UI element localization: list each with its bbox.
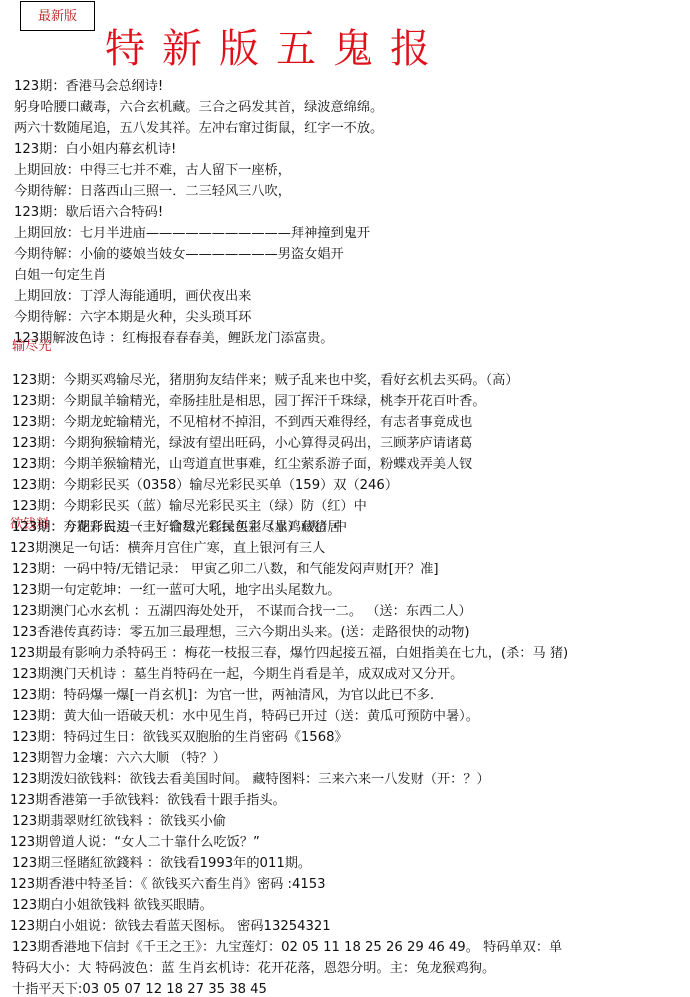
text-line: 123期澳门心水玄机 ：五湖四海处处开， 不谋而合找一二。 （送：东西二人）: [12, 603, 472, 621]
text-line: 123期：今期彩民买（蓝）输尽光彩民买主（绿）防（红）中: [12, 498, 367, 516]
text-line: 123期：黄大仙一语破天机：水中见生肖，特码已开过（送：黄瓜可预防中暑）。: [12, 708, 479, 726]
text-line: 123期最有影响力杀特码王 ：梅花一枝报三春，爆竹四起接五福，白姐指美在七九，(…: [10, 645, 568, 663]
text-line: 123期香港地下信封《千王之王》：九宝莲灯：02 05 11 18 25 26 …: [12, 939, 562, 957]
text-line: 123期：一码中特/无错记录： 甲寅乙卯二八数，和气能发闷声财[开？准]: [12, 561, 439, 579]
text-line: 123期白小姐欲钱料 欲钱买眼睛。: [12, 897, 213, 915]
text-line: 123期香港中特圣旨：《 欲钱买六畜生肖》密码 :4153: [10, 876, 326, 894]
text-line: 上期回放：中得三七并不难，古人留下一座桥，: [14, 162, 291, 180]
heading-shujin: 输尽光: [12, 338, 52, 356]
text-line: 123期解波色诗 ：红梅报春春春美，鲤跃龙门添富贵。: [14, 330, 334, 348]
page-title: 特新版五鬼报: [105, 25, 447, 73]
text-line: 123期：香港马会总纲诗!: [14, 78, 163, 96]
text-line: 123期曾道人说：“女人二十靠什么吃饭？”: [10, 834, 260, 852]
text-line: 躬身哈腰口藏毒，六合玄机藏。三合之码发其首，绿波意绵绵。: [14, 99, 383, 117]
text-line: 123香港传真药诗：零五加三最理想，三六今期出头来。(送：走路很快的动物): [12, 624, 469, 642]
text-line: 123期香港第一手欲钱料：欲钱看十跟手指头。: [10, 792, 286, 810]
text-line: 十指平天下:03 05 07 12 18 27 35 38 45: [12, 981, 267, 997]
text-line: 两六十数随尾追，五八发其祥。左冲右窜过街鼠，红字一不放。: [14, 120, 383, 138]
text-line: 123期一句定乾坤：一红一蓝可大吼，地字出头尾数九。: [12, 582, 340, 600]
latest-edition-badge: 最新版: [20, 1, 95, 31]
text-line: 123期：今期鼠羊输精光，牵肠挂肚是相思，园丁挥汗千珠绿，桃李开花百叶香。: [12, 393, 486, 411]
text-line: 123期：歇后语六合特码!: [14, 204, 163, 222]
text-line: 123期白小姐说：欲钱去看蓝天图标。 密码13254321: [10, 918, 331, 936]
text-line: 123期：特码过生日：欲钱买双胞胎的生肖密码《1568》: [12, 729, 348, 747]
text-line: 123期：今期狗猴输精光，绿波有望出旺码，小心算得灵码出，三顾茅庐请诸葛: [12, 435, 472, 453]
text-line: 123期：今期羊猴输精光，山弯道直世事难，红尘萦系游子面，粉蝶戏弄美人钗: [12, 456, 472, 474]
text-line: 123期：今期龙蛇输精光，不见棺材不掉泪，不到西天难得经，有志者事竟成也: [12, 414, 472, 432]
text-line: 上期回放：七月半进庙———————————拜神撞到鬼开: [14, 225, 370, 243]
text-line: 今期待解：小偷的婆娘当妓女———————男盗女娼开: [14, 246, 344, 264]
text-line: 上期回放：丁浮人海能通明，画伏夜出来: [14, 288, 251, 306]
text-line: 123期智力金壤：六六大顺 （特？）: [12, 750, 226, 768]
text-line: 今期待解：六字本期是火种，尖头琐耳环: [14, 309, 251, 327]
text-line: 123期澳门天机诗 ：墓生肖特码在一起，今期生肖看是羊，成双成对又分开。: [12, 666, 463, 684]
text-line: 白姐一句定生肖: [14, 267, 106, 285]
text-line: 123期：今期彩民买（0358）输尽光彩民买单（159）双（246）: [12, 477, 398, 495]
text-line: 123期翡翠财红欲钱料 ：欲钱买小偷: [12, 813, 226, 831]
badge-label: 最新版: [38, 5, 77, 24]
text-line: 123期：今期买鸡输尽光，猪朋狗友结伴来；贼子乱来也中奖，看好玄机去买码。（高）: [12, 372, 519, 390]
text-line: 今期待解：日落西山三照一．二三轻风三八吹，: [14, 183, 291, 201]
text-line: 123期澳足一句话：横奔月宫住广寒，直上银河有三人: [10, 540, 325, 558]
text-line: 特码大小：大 特码波色：蓝 生肖玄机诗：花开花落，恩怨分明。主：兔龙猴鸡狗。: [12, 960, 495, 978]
text-line: 123期泼妇欲钱料：欲钱去看美国时间。 藏特图料：三来六来一八发财（开：？）: [12, 771, 490, 789]
text-line: 123期三怪賭紅欲錢料 ：欲钱看1993年的011期。: [12, 855, 311, 873]
text-line: 123期：白小姐内幕玄机诗!: [14, 141, 176, 159]
text-line: 123期：万花开右边一三好合数，红绿色彩尽显鸡藏猪居: [12, 519, 340, 537]
text-line: 123期：特码爆一爆[一肖玄机]：为官一世，两袖清风，为官以此已不多.: [12, 687, 434, 705]
